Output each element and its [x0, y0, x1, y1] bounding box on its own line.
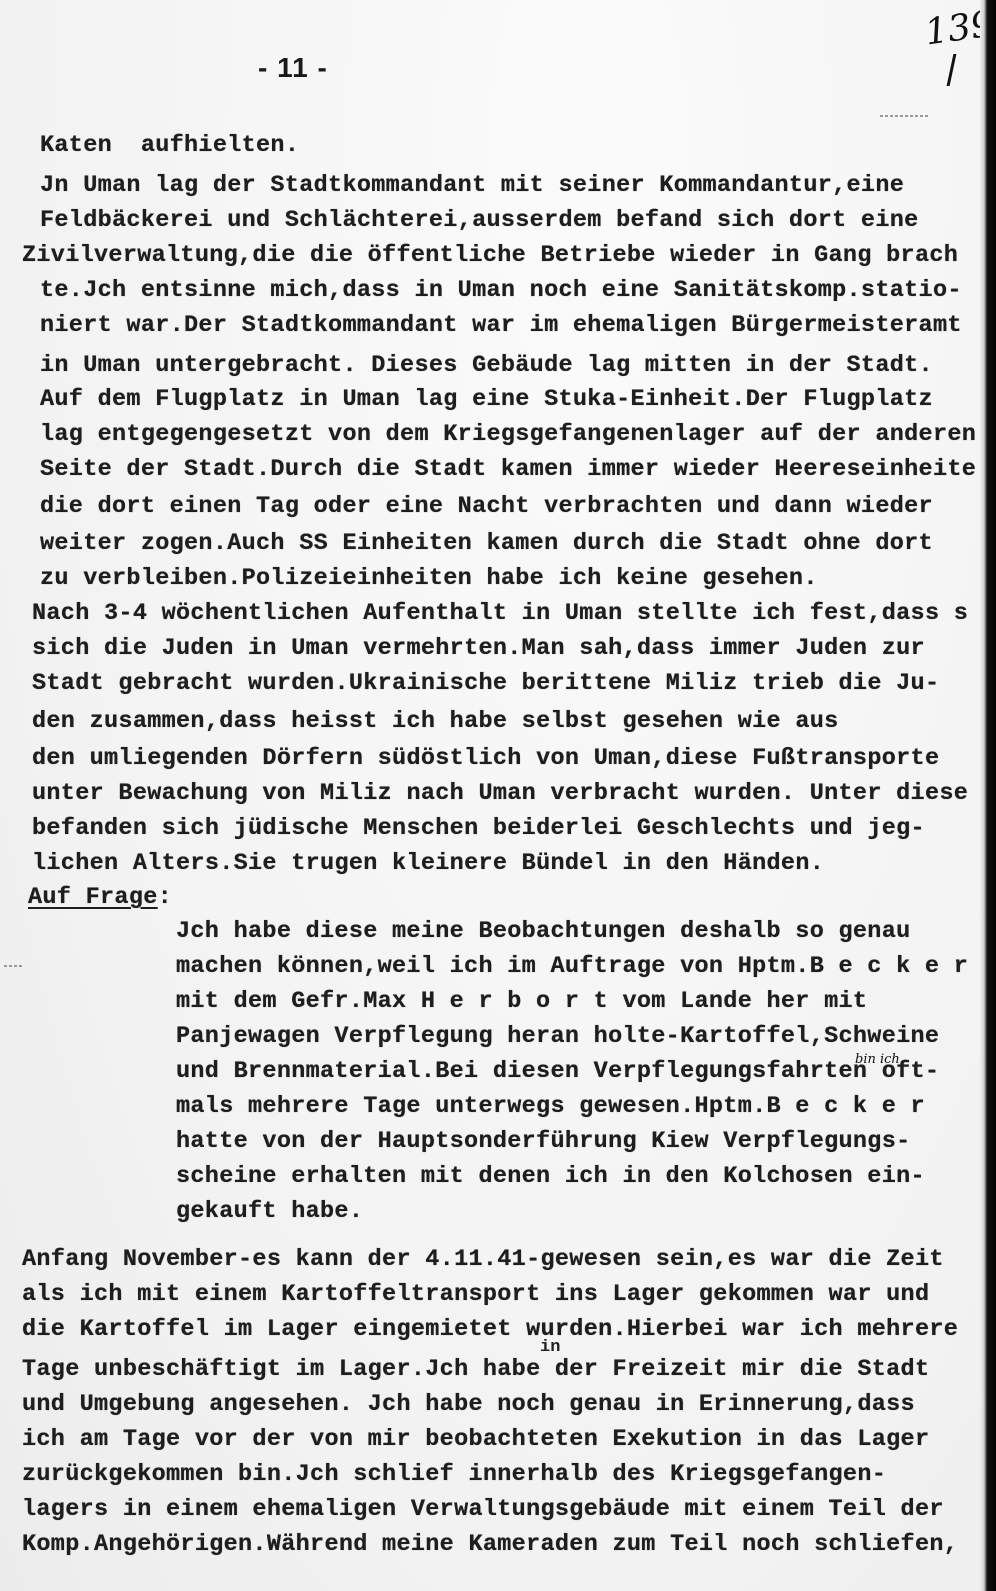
typed-correction: in	[540, 1338, 560, 1357]
text-line: scheine erhalten mit denen ich in den Ko…	[176, 1163, 925, 1190]
text-line: die dort einen Tag oder eine Nacht verbr…	[40, 493, 933, 520]
text-line: Stadt gebracht wurden.Ukrainische beritt…	[32, 670, 939, 697]
text-line: unter Bewachung von Miliz nach Uman verb…	[32, 780, 968, 807]
text-line: niert war.Der Stadtkommandant war im ehe…	[40, 312, 962, 339]
text-line: Anfang November-es kann der 4.11.41-gewe…	[22, 1246, 944, 1273]
text-line: lag entgegengesetzt von dem Kriegsgefang…	[40, 421, 976, 448]
text-line: den zusammen,dass heisst ich habe selbst…	[32, 708, 839, 735]
document-page: - 11 - 139 Katen aufhielten. Jn Uman lag…	[0, 0, 980, 1591]
text-line: sich die Juden in Uman vermehrten.Man sa…	[32, 635, 925, 662]
paragraph-3: Anfang November-es kann der 4.11.41-gewe…	[22, 0, 78, 297]
text-line: Zivilverwaltung,die die öffentliche Betr…	[22, 242, 958, 269]
question-line: Auf Frage:	[28, 884, 172, 911]
handwritten-correction: bin ich	[855, 1052, 900, 1067]
text-line: lagers in einem ehemaligen Verwaltungsge…	[22, 1496, 944, 1523]
text-line: zurückgekommen bin.Jch schlief innerhalb…	[22, 1461, 886, 1488]
text-line: zu verbleiben.Polizeieinheiten habe ich …	[40, 565, 818, 592]
text-line: als ich mit einem Kartoffeltransport ins…	[22, 1281, 929, 1308]
text-line: ich am Tage vor der von mir beobachteten…	[22, 1426, 929, 1453]
text-line: den umliegenden Dörfern südöstlich von U…	[32, 745, 939, 772]
text-line: Auf dem Flugplatz in Uman lag eine Stuka…	[40, 386, 933, 413]
ink-smudge	[4, 965, 22, 967]
check-mark-icon	[937, 54, 957, 86]
text-line: und Brennmaterial.Bei diesen Verpflegung…	[176, 1058, 939, 1085]
text-line: hatte von der Hauptsonderführung Kiew Ve…	[176, 1128, 911, 1155]
text-line: weiter zogen.Auch SS Einheiten kamen dur…	[40, 530, 933, 557]
text-line: und Umgebung angesehen. Jch habe noch ge…	[22, 1391, 915, 1418]
text-line: befanden sich jüdische Menschen beiderle…	[32, 815, 925, 842]
text-line: Komp.Angehörigen.Während meine Kameraden…	[22, 1531, 958, 1558]
text-line: lichen Alters.Sie trugen kleinere Bündel…	[32, 850, 824, 877]
text-line: Nach 3-4 wöchentlichen Aufenthalt in Uma…	[32, 600, 968, 627]
text-line: Seite der Stadt.Durch die Stadt kamen im…	[40, 456, 976, 483]
text-line: machen können,weil ich im Auftrage von H…	[176, 953, 968, 980]
text-line: Panjewagen Verpflegung heran holte-Karto…	[176, 1023, 939, 1050]
text-line: Tage unbeschäftigt im Lager.Jch habe der…	[22, 1356, 929, 1383]
text-line: Feldbäckerei und Schlächterei,ausserdem …	[40, 207, 919, 234]
text-line: die Kartoffel im Lager eingemietet wurde…	[22, 1316, 958, 1343]
answer-block: Jch habe diese meine Beobachtungen desha…	[176, 0, 232, 297]
text-line: gekauft habe.	[176, 1198, 363, 1225]
ink-smudge	[880, 115, 928, 117]
question-colon: :	[158, 884, 172, 911]
text-line: mit dem Gefr.Max H e r b o r t vom Lande…	[176, 988, 867, 1015]
scan-border	[980, 0, 996, 1591]
text-line: Jch habe diese meine Beobachtungen desha…	[176, 918, 911, 945]
text-line: mals mehrere Tage unterwegs gewesen.Hptm…	[176, 1093, 925, 1120]
question-label: Auf Frage	[28, 884, 158, 911]
page-number: - 11 -	[258, 52, 328, 84]
text-line: Jn Uman lag der Stadtkommandant mit sein…	[40, 172, 904, 199]
text-line: in Uman untergebracht. Dieses Gebäude la…	[40, 352, 933, 379]
